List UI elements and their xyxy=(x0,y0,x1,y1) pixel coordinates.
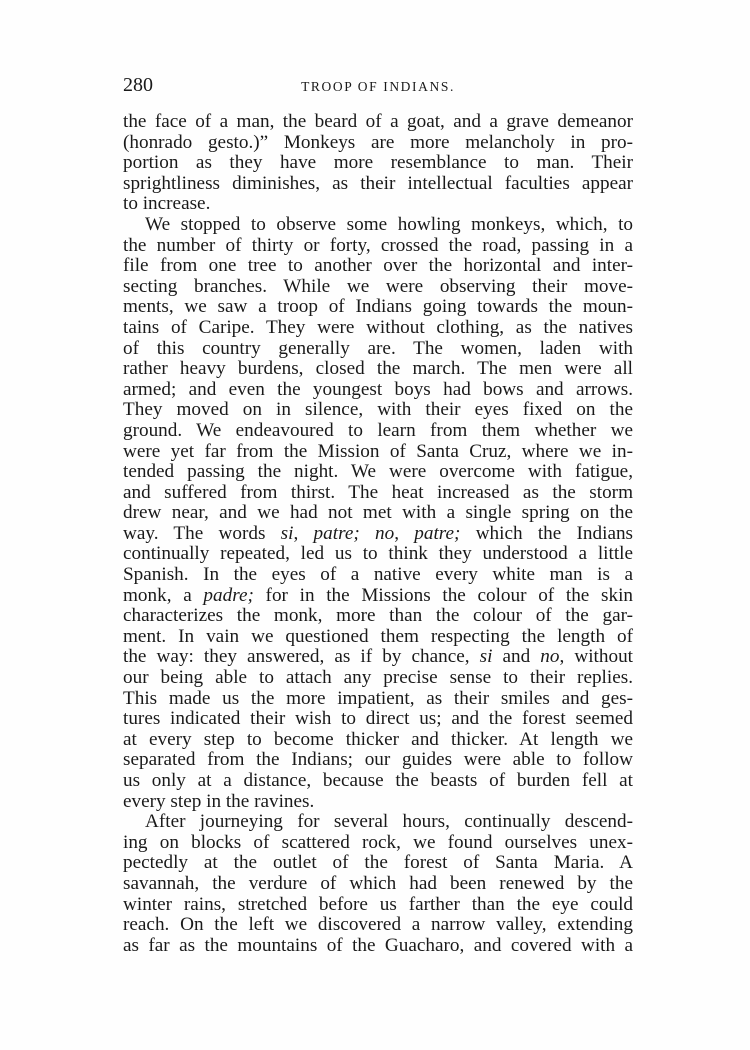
italic-term: no xyxy=(540,646,559,667)
text-line: the number of thirty or forty, crossed t… xyxy=(123,236,633,257)
text-line: as far as the mountains of the Guacharo,… xyxy=(123,936,633,957)
text-line: Spanish. In the eyes of a native every w… xyxy=(123,565,633,586)
text-line: This made us the more impatient, as thei… xyxy=(123,689,633,710)
text-line: were yet far from the Mission of Santa C… xyxy=(123,442,633,463)
text-line: pectedly at the outlet of the forest of … xyxy=(123,853,633,874)
text-line: the face of a man, the beard of a goat, … xyxy=(123,112,633,133)
text-line: (honrado gesto.)” Monkeys are more melan… xyxy=(123,133,633,154)
text-line: After journeying for several hours, cont… xyxy=(123,812,633,833)
paragraph: We stopped to observe some howling monke… xyxy=(123,215,633,812)
text-line: rather heavy burdens, closed the march. … xyxy=(123,359,633,380)
text-line: characterizes the monk, more than the co… xyxy=(123,606,633,627)
italic-term: no xyxy=(375,523,394,544)
text-line: tains of Caripe. They were without cloth… xyxy=(123,318,633,339)
text-line: of this country generally are. The women… xyxy=(123,339,633,360)
italic-term: patre; xyxy=(314,523,360,544)
text-line: separated from the Indians; our guides w… xyxy=(123,750,633,771)
italic-term: patre; xyxy=(414,523,460,544)
italic-term: si xyxy=(281,523,294,544)
text-line: drew near, and we had not met with a sin… xyxy=(123,503,633,524)
text-line: ground. We endeavoured to learn from the… xyxy=(123,421,633,442)
text-line: our being able to attach any precise sen… xyxy=(123,668,633,689)
text-line: continually repeated, led us to think th… xyxy=(123,544,633,565)
italic-term: padre; xyxy=(203,585,253,606)
running-head: 280 TROOP OF INDIANS. xyxy=(123,74,633,96)
text-line: monk, a padre; for in the Missions the c… xyxy=(123,586,633,607)
book-page: 280 TROOP OF INDIANS. the face of a man,… xyxy=(0,0,750,1050)
body-text: the face of a man, the beard of a goat, … xyxy=(123,112,633,956)
italic-term: si xyxy=(480,646,493,667)
text-line: portion as they have more resemblance to… xyxy=(123,153,633,174)
paragraph: the face of a man, the beard of a goat, … xyxy=(123,112,633,215)
text-line: winter rains, stretched before us farthe… xyxy=(123,895,633,916)
text-line: reach. On the left we discovered a narro… xyxy=(123,915,633,936)
text-line: savannah, the verdure of which had been … xyxy=(123,874,633,895)
text-line: to increase. xyxy=(123,194,633,215)
text-line: ment. In vain we questioned them respect… xyxy=(123,627,633,648)
running-title: TROOP OF INDIANS. xyxy=(123,79,633,95)
text-line: at every step to become thicker and thic… xyxy=(123,730,633,751)
text-line: and suffered from thirst. The heat incre… xyxy=(123,483,633,504)
text-line: We stopped to observe some howling monke… xyxy=(123,215,633,236)
text-line: sprightliness diminishes, as their intel… xyxy=(123,174,633,195)
text-line: tures indicated their wish to direct us;… xyxy=(123,709,633,730)
text-line: the way: they answered, as if by chance,… xyxy=(123,647,633,668)
text-line: secting branches. While we were observin… xyxy=(123,277,633,298)
text-line: They moved on in silence, with their eye… xyxy=(123,400,633,421)
text-line: file from one tree to another over the h… xyxy=(123,256,633,277)
text-line: tended passing the night. We were overco… xyxy=(123,462,633,483)
text-line: ing on blocks of scattered rock, we foun… xyxy=(123,833,633,854)
text-line: us only at a distance, because the beast… xyxy=(123,771,633,792)
text-line: way. The words si, patre; no, patre; whi… xyxy=(123,524,633,545)
text-line: ments, we saw a troop of Indians going t… xyxy=(123,297,633,318)
paragraph: After journeying for several hours, cont… xyxy=(123,812,633,956)
text-line: every step in the ravines. xyxy=(123,792,633,813)
text-line: armed; and even the youngest boys had bo… xyxy=(123,380,633,401)
